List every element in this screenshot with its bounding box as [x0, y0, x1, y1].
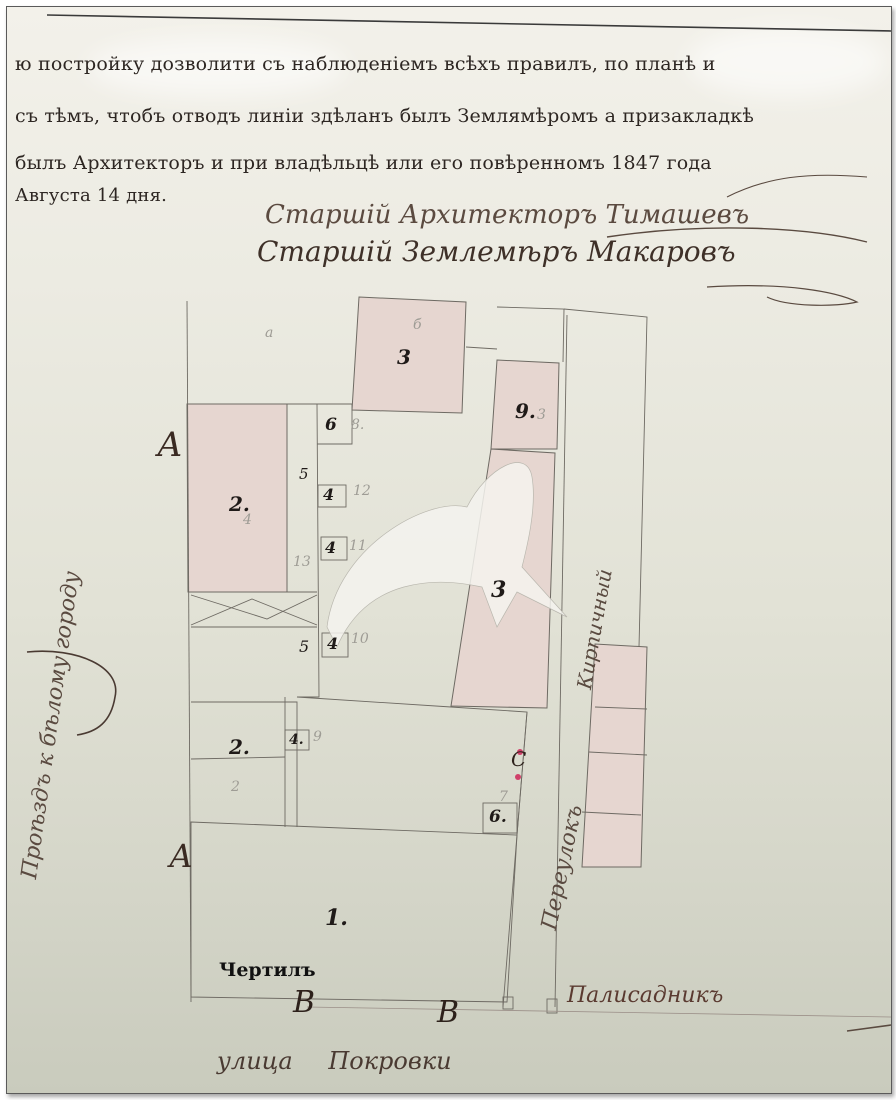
faint-label-b: б: [413, 317, 422, 333]
label-8: 8.: [351, 417, 364, 433]
signature-architect: Старшій Архитекторъ Тимашевъ: [265, 200, 749, 230]
document-text-line-3: былъ Архитекторъ и при владѣльцѣ или его…: [15, 152, 712, 174]
section-marker-b-left: В: [293, 985, 315, 1020]
street-label-bottom-right: Палисадникъ: [567, 983, 723, 1008]
label-building-3-long: 3: [491, 577, 506, 603]
faint-label-13: 13: [293, 554, 311, 570]
faint-label-11: 11: [349, 538, 367, 554]
section-marker-a-top: А: [157, 425, 183, 465]
document-text-line-2: съ тѣмъ, чтобъ отводъ линіи здѣланъ былъ…: [15, 105, 754, 127]
section-marker-b-right: В: [437, 995, 459, 1030]
faint-label-2: 2: [231, 779, 240, 795]
drafter-label: Чертилъ: [219, 959, 316, 981]
label-room-4-d: 4.: [289, 732, 304, 748]
label-5-lower: 5: [299, 637, 309, 656]
label-5-upper: 5: [299, 465, 309, 483]
label-room-4-b: 4: [325, 538, 336, 557]
label-room-6: 6: [325, 415, 337, 435]
faint-label-a: а: [265, 325, 273, 341]
label-building-1: 1.: [325, 905, 348, 931]
faint-label-3: 3: [537, 407, 546, 423]
section-marker-c: С: [511, 747, 526, 771]
street-label-bottom: улица Покровки: [217, 1047, 452, 1075]
document-text-line-4: Августа 14 дня.: [15, 185, 167, 206]
faint-label-4: 4: [243, 512, 252, 528]
label-room-4-a: 4: [323, 485, 334, 504]
faint-label-7: 7: [499, 789, 508, 805]
faint-label-12: 12: [353, 483, 371, 499]
label-room-6-lower: 6.: [489, 807, 507, 827]
document-text-line-1: ю постройку дозволити съ наблюденіемъ вс…: [15, 53, 715, 75]
label-building-3-top: 3: [397, 345, 411, 369]
document-photo: ю постройку дозволити съ наблюденіемъ вс…: [6, 6, 892, 1094]
signature-surveyor: Старшій Землемѣръ Макаровъ: [257, 235, 736, 268]
section-marker-a-bottom: А: [169, 837, 193, 875]
label-room-4-c: 4: [327, 634, 338, 653]
faint-label-10: 10: [351, 631, 369, 647]
label-building-9: 9.: [515, 399, 536, 423]
label-building-2-lower: 2.: [229, 735, 250, 759]
faint-label-9: 9: [313, 729, 322, 745]
